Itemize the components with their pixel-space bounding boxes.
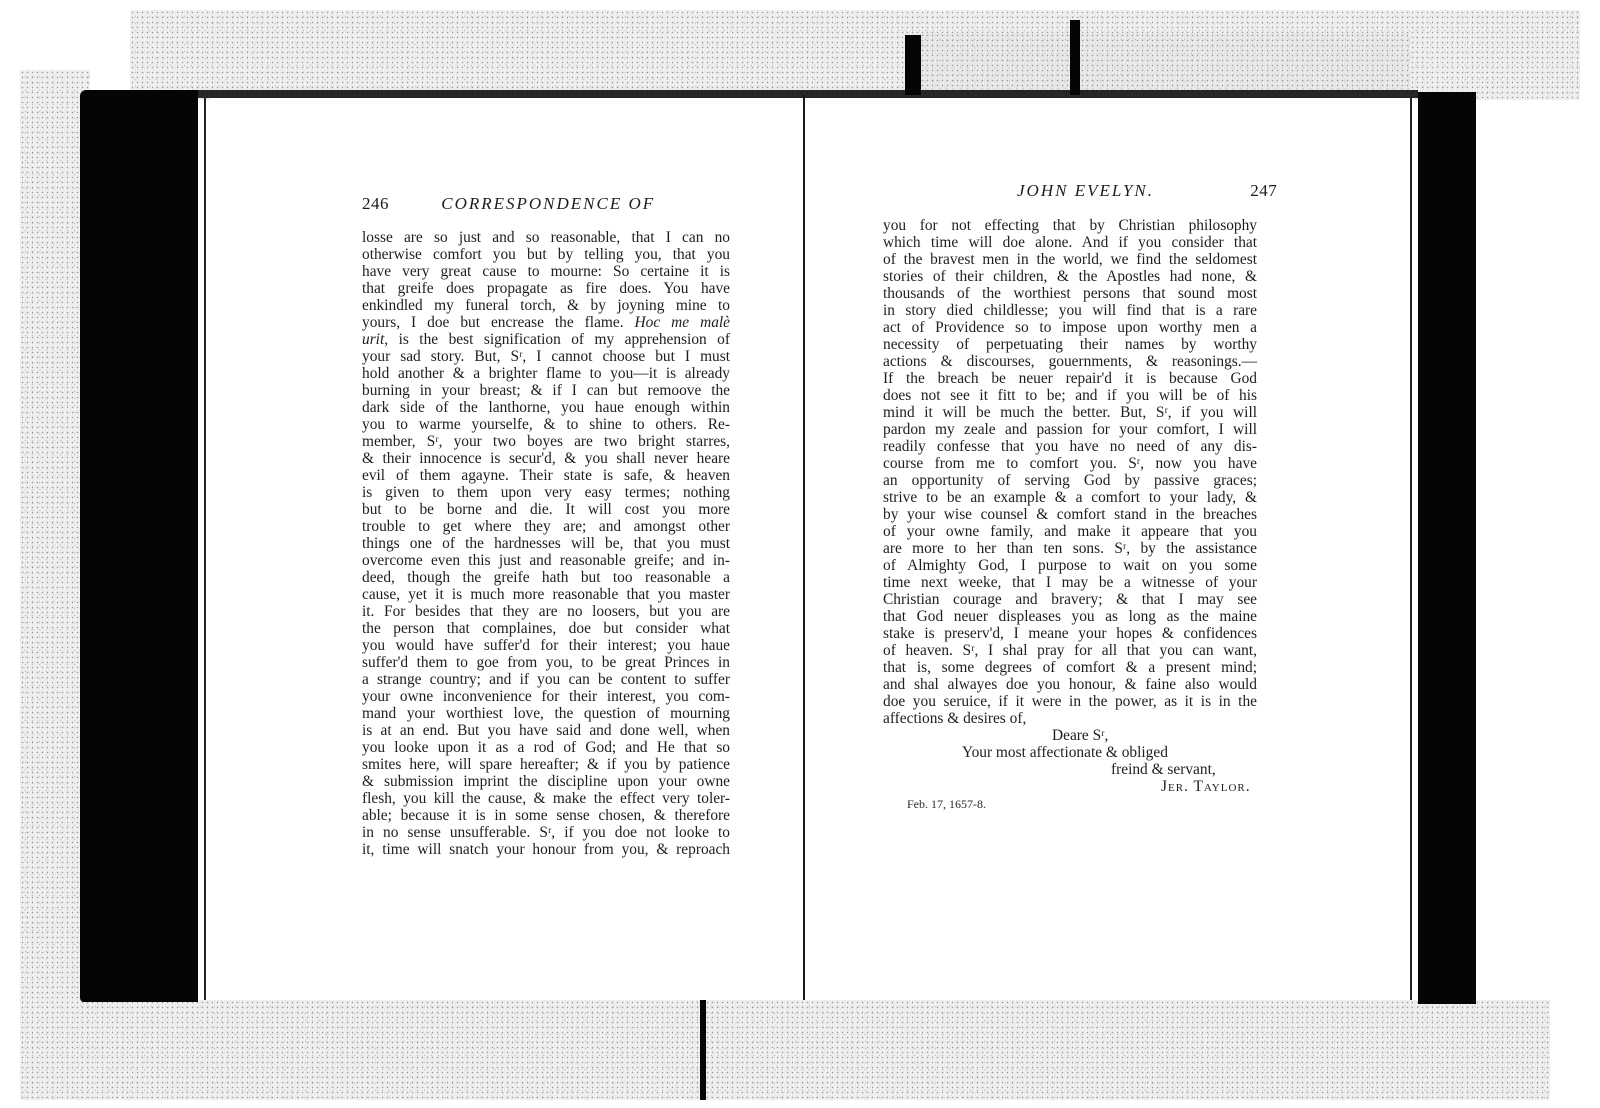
text-line: mand your worthiest love, the question o… bbox=[362, 705, 730, 722]
right-running-head: JOHN EVELYN. 247 bbox=[1017, 181, 1277, 201]
text-line: your sad story. But, Sʳ, I cannot choose… bbox=[362, 348, 730, 365]
salutation: Deare Sʳ, bbox=[1052, 727, 1108, 745]
text-line: urit, is the best signification of my ap… bbox=[362, 331, 730, 348]
valediction-line-2: freind & servant, bbox=[1111, 761, 1216, 779]
text-line: dark side of the lanthorne, you haue eno… bbox=[362, 399, 730, 416]
text-line: flesh, you kill the cause, & make the ef… bbox=[362, 790, 730, 807]
page-number-right: 247 bbox=[1250, 181, 1277, 200]
text-line: pardon my zeale and passion for your com… bbox=[883, 421, 1257, 438]
text-line: have very great cause to mourne: So cert… bbox=[362, 263, 730, 280]
running-head-left: CORRESPONDENCE OF bbox=[441, 194, 655, 213]
text-line: evil of them agayne. Their state is safe… bbox=[362, 467, 730, 484]
signature: Jer. Taylor. bbox=[1161, 778, 1251, 796]
text-line: you to warme yourselfe, & to shine to ot… bbox=[362, 416, 730, 433]
text-line: your owne inconvenience for their intere… bbox=[362, 688, 730, 705]
text-line: is given to them upon very easy termes; … bbox=[362, 484, 730, 501]
text-line: and shal alwayes doe you honour, & faine… bbox=[883, 676, 1257, 693]
text-line: in no sense unsufferable. Sʳ, if you doe… bbox=[362, 824, 730, 841]
text-line: course from me to comfort you. Sʳ, now y… bbox=[883, 455, 1257, 472]
page-tab-marker-2 bbox=[1070, 20, 1080, 95]
text-line: doe you seruice, if it were in the power… bbox=[883, 693, 1257, 710]
text-line: you looke upon it as a rod of God; and H… bbox=[362, 739, 730, 756]
text-line: that is, some degrees of comfort & a pre… bbox=[883, 659, 1257, 676]
text-line: thousands of the worthiest persons that … bbox=[883, 285, 1257, 302]
text-line: time next weeke, that I may be a witness… bbox=[883, 574, 1257, 591]
text-line: otherwise comfort you but by telling you… bbox=[362, 246, 730, 263]
scan-background-bottom bbox=[20, 1000, 1550, 1100]
text-line: enkindled my funeral torch, & by joyning… bbox=[362, 297, 730, 314]
page-stack-top-right bbox=[920, 33, 1410, 93]
text-line: which time will doe alone. And if you co… bbox=[883, 234, 1257, 251]
text-line: in story died childlesse; you will find … bbox=[883, 302, 1257, 319]
text-line: you would have suffer'd for their intere… bbox=[362, 637, 730, 654]
text-line: that greife does propagate as fire does.… bbox=[362, 280, 730, 297]
text-line: things one of the hardnesses will be, th… bbox=[362, 535, 730, 552]
text-line: by your wise counsel & comfort stand in … bbox=[883, 506, 1257, 523]
text-line: it, time will snatch your honour from yo… bbox=[362, 841, 730, 858]
text-line: of your owne family, and make it appeare… bbox=[883, 523, 1257, 540]
right-page-body: you for not effecting that by Christian … bbox=[883, 217, 1257, 727]
valediction-line-1: Your most affectionate & obliged bbox=[962, 744, 1168, 762]
text-line: actions & discourses, gouernments, & rea… bbox=[883, 353, 1257, 370]
text-line: readily confesse that you have no need o… bbox=[883, 438, 1257, 455]
text-line: the person that complaines, doe but cons… bbox=[362, 620, 730, 637]
letter-date: Feb. 17, 1657-8. bbox=[907, 797, 986, 812]
text-line: & submission imprint the discipline upon… bbox=[362, 773, 730, 790]
text-line: member, Sʳ, your two boyes are two brigh… bbox=[362, 433, 730, 450]
text-line: deed, though the greife hath but too rea… bbox=[362, 569, 730, 586]
text-line: are more to her than ten sons. Sʳ, by th… bbox=[883, 540, 1257, 557]
text-line: necessity of perpetuating their names by… bbox=[883, 336, 1257, 353]
text-line: is at an end. But you have said and done… bbox=[362, 722, 730, 739]
book-gutter bbox=[803, 95, 805, 1000]
text-line: trouble to get where they are; and among… bbox=[362, 518, 730, 535]
page-number-left: 246 bbox=[362, 194, 389, 213]
text-line: If the breach be neuer repair'd it is be… bbox=[883, 370, 1257, 387]
text-line: smites here, will spare hereafter; & if … bbox=[362, 756, 730, 773]
text-line: hold another & a brighter flame to you—i… bbox=[362, 365, 730, 382]
text-line: you for not effecting that by Christian … bbox=[883, 217, 1257, 234]
top-edge-shadow bbox=[198, 90, 1418, 98]
left-page-fore-edge bbox=[204, 98, 206, 1000]
text-line: of heaven. Sʳ, I shal pray for all that … bbox=[883, 642, 1257, 659]
book-cover-right bbox=[1418, 92, 1476, 1004]
text-line: stories of their children, & the Apostle… bbox=[883, 268, 1257, 285]
right-page-fore-edge bbox=[1410, 98, 1412, 1000]
bottom-edge-crease bbox=[700, 1000, 706, 1100]
left-running-head: 246 CORRESPONDENCE OF bbox=[362, 194, 655, 214]
text-line: affections & desires of, bbox=[883, 710, 1257, 727]
text-line: does not see it fitt to be; and if you w… bbox=[883, 387, 1257, 404]
text-line: mind it will be much the better. But, Sʳ… bbox=[883, 404, 1257, 421]
text-line: of the bravest men in the world, we find… bbox=[883, 251, 1257, 268]
book-cover-left bbox=[80, 90, 198, 1002]
text-line: suffer'd them to goe from you, to be gre… bbox=[362, 654, 730, 671]
text-line: a strange country; and if you can be con… bbox=[362, 671, 730, 688]
text-line: but to be borne and die. It will cost yo… bbox=[362, 501, 730, 518]
text-line: it. For besides that they are no loosers… bbox=[362, 603, 730, 620]
page-tab-marker bbox=[905, 35, 921, 95]
text-line: that God neuer displeases you as long as… bbox=[883, 608, 1257, 625]
text-line: cause, yet it is much more reasonable th… bbox=[362, 586, 730, 603]
text-line: strive to be an example & a comfort to y… bbox=[883, 489, 1257, 506]
text-line: & their innocence is secur'd, & you shal… bbox=[362, 450, 730, 467]
text-line: Christian courage and bravery; & that I … bbox=[883, 591, 1257, 608]
text-line: losse are so just and so reasonable, tha… bbox=[362, 229, 730, 246]
left-page-body: losse are so just and so reasonable, tha… bbox=[362, 229, 730, 858]
text-line: an opportunity of serving God by passive… bbox=[883, 472, 1257, 489]
text-line: burning in your breast; & if I can but r… bbox=[362, 382, 730, 399]
text-line: yours, I doe but encrease the flame. Hoc… bbox=[362, 314, 730, 331]
running-head-right: JOHN EVELYN. bbox=[1017, 181, 1154, 200]
text-line: of Almighty God, I purpose to wait on yo… bbox=[883, 557, 1257, 574]
text-line: stake is preserv'd, I meane your hopes &… bbox=[883, 625, 1257, 642]
text-line: overcome even this just and reasonable g… bbox=[362, 552, 730, 569]
text-line: act of Providence so to impose upon wort… bbox=[883, 319, 1257, 336]
text-line: able; because it is in some sense chosen… bbox=[362, 807, 730, 824]
